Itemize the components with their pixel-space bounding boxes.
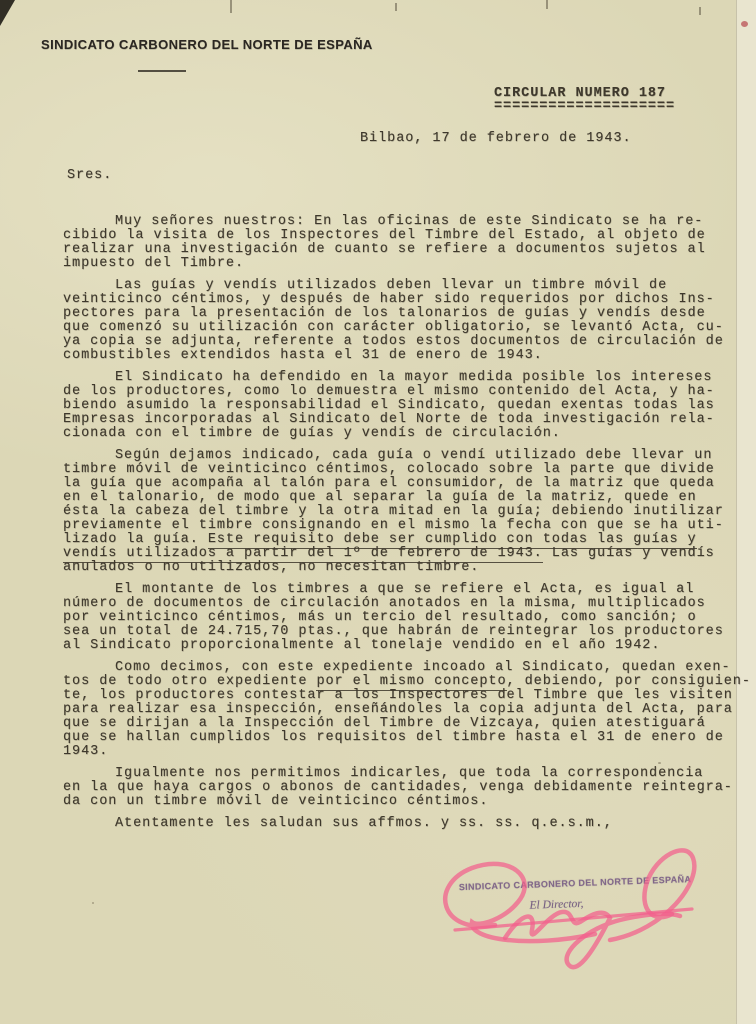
paper-speck [230,0,232,13]
text-line: Atentamente les saludan sus affmos. y ss… [63,817,741,831]
paragraph: El Sindicato ha defendido en la mayor me… [63,371,741,441]
text-line: ésta la cabeza del timbre y la otra mita… [63,505,741,519]
director-signature [400,830,750,995]
paragraph: Según dejamos indicado, cada guía o vend… [63,449,741,575]
text-line: de los productores, como lo demuestra el… [63,385,741,399]
paragraph: El montante de los timbres a que se refi… [63,583,741,653]
text-line: timbre móvil de veinticinco céntimos, co… [63,463,741,477]
paper-speck [92,902,94,904]
paper-speck [546,0,548,9]
letter-body: Muy señores nuestros: En las oficinas de… [63,215,741,831]
scanned-letter-page: SINDICATO CARBONERO DEL NORTE DE ESPAÑA … [0,0,756,1024]
text-line: ya copia se adjunta, referente a todos e… [63,335,741,349]
text-line: realizar una investigación de cuanto se … [63,243,741,257]
text-line: veinticinco céntimos, y después de haber… [63,293,741,307]
text-line: cibido la visita de los Inspectores del … [63,229,741,243]
text-line: en la que haya cargos o abonos de cantid… [63,781,741,795]
text-line: anulados o no utilizados, no necesitan t… [63,561,741,575]
text-line: Empresas incorporadas al Sindicato del N… [63,413,741,427]
text-line: impuesto del Timbre. [63,257,741,271]
paper-speck [741,21,748,27]
salutation: Sres. [67,168,112,183]
text-line: que se hallan cumplidos los requisitos d… [63,731,741,745]
text-line: El Sindicato ha defendido en la mayor me… [63,371,741,385]
text-line: que comenzó su utilización con carácter … [63,321,741,335]
text-line: por veinticinco céntimos, más un tercio … [63,611,741,625]
letterhead-rule [138,70,186,72]
text-line: para realizar esa inspección, enseñándol… [63,703,741,717]
letterhead-organization: SINDICATO CARBONERO DEL NORTE DE ESPAÑA [41,37,373,52]
circular-title-underline: ==================== [494,99,675,114]
text-line: cionada con el timbre de guías y vendís … [63,427,741,441]
text-line: Muy señores nuestros: En las oficinas de… [63,215,741,229]
text-line: biendo asumido la responsabilidad el Sin… [63,399,741,413]
scan-corner-shadow [0,0,15,26]
paper-speck [395,3,397,11]
text-line: da con un timbre móvil de veinticinco cé… [63,795,741,809]
paragraph: Igualmente nos permitimos indicarles, qu… [63,767,741,809]
text-line: al Sindicato proporcionalmente al tonela… [63,639,741,653]
text-line: la guía que acompaña al talón para el co… [63,477,741,491]
paragraph: Las guías y vendís utilizados deben llev… [63,279,741,363]
text-line: Igualmente nos permitimos indicarles, qu… [63,767,741,781]
text-line: 1943. [63,745,741,759]
text-line: previamente el timbre consignando en el … [63,519,741,533]
text-line: Según dejamos indicado, cada guía o vend… [63,449,741,463]
dateline: Bilbao, 17 de febrero de 1943. [360,131,632,146]
text-line: número de documentos de circulación anot… [63,597,741,611]
text-line: Como decimos, con este expediente incoad… [63,661,741,675]
paragraph: Atentamente les saludan sus affmos. y ss… [63,817,741,831]
paragraph: Muy señores nuestros: En las oficinas de… [63,215,741,271]
text-line: tos de todo otro expediente por el mismo… [63,675,741,689]
paragraph: Como decimos, con este expediente incoad… [63,661,741,759]
text-line: te, los productores contestar a los Insp… [63,689,741,703]
text-line: en el talonario, de modo que al separar … [63,491,741,505]
text-line: sea un total de 24.715,70 ptas., que hab… [63,625,741,639]
text-line: vendís utilizados a partir del 1º de feb… [63,547,741,561]
text-line: lizado la guía. Este requisito debe ser … [63,533,741,547]
text-line: pectores para la presentación de los tal… [63,307,741,321]
paper-speck [699,7,701,15]
text-line: Las guías y vendís utilizados deben llev… [63,279,741,293]
text-line: combustibles extendidos hasta el 31 de e… [63,349,741,363]
text-line: El montante de los timbres a que se refi… [63,583,741,597]
text-line: que se dirijan a la Inspección del Timbr… [63,717,741,731]
